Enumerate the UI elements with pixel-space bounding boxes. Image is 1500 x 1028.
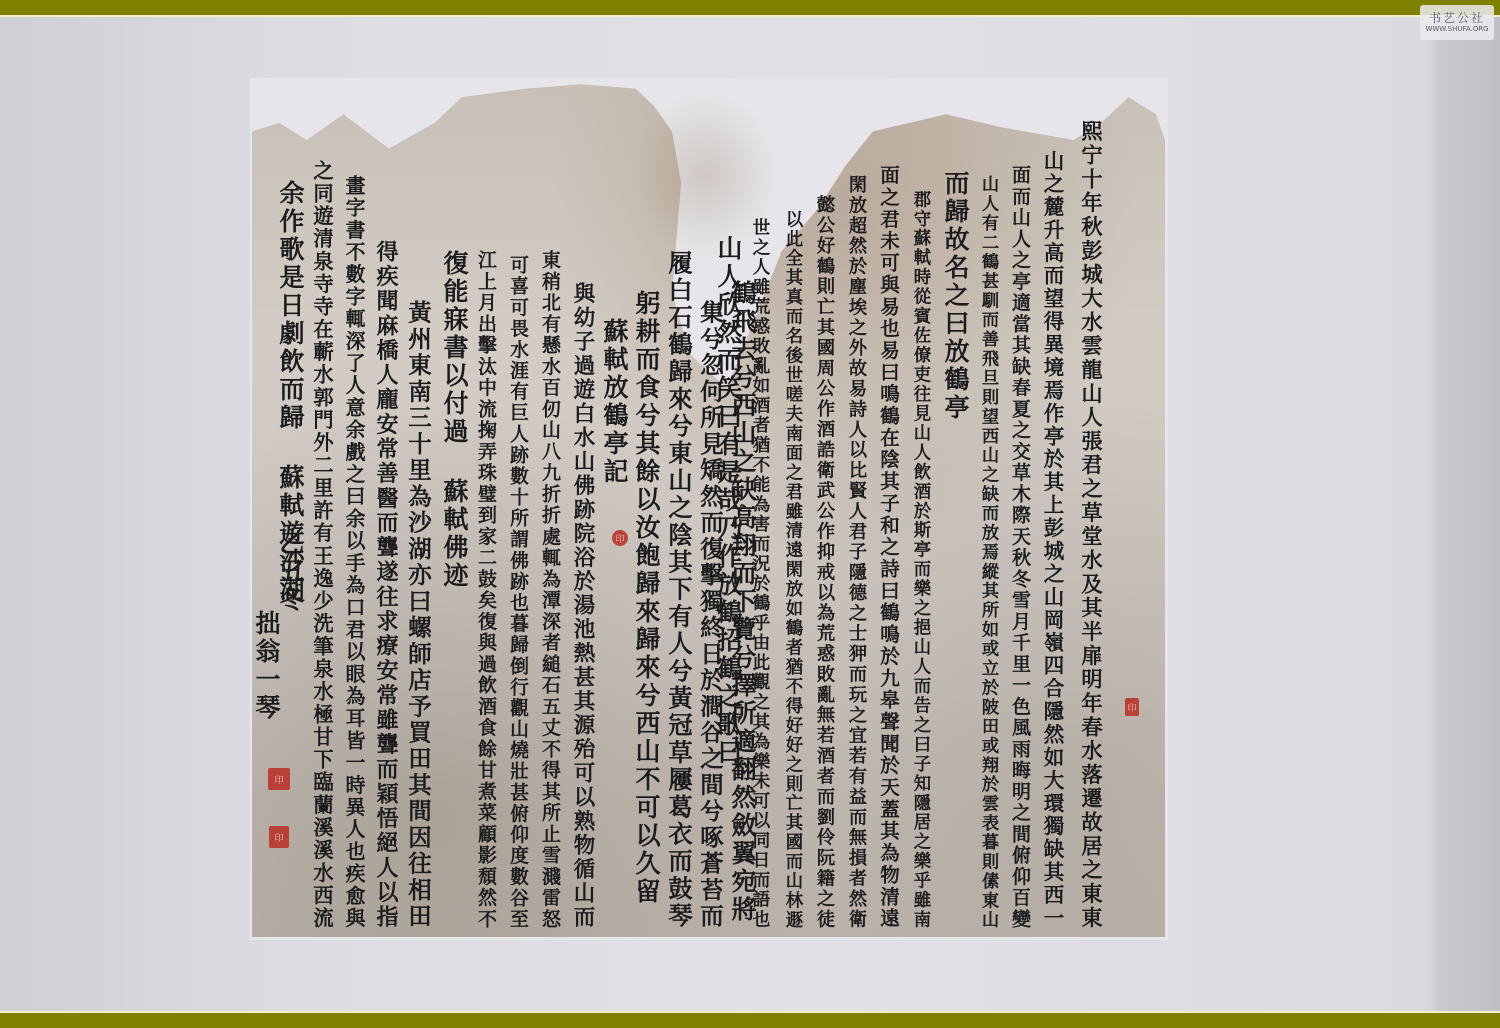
- text-column: 乙丑冬: [275, 530, 305, 614]
- site-watermark: 书艺公社 WWW.SHUFA.ORG: [1420, 5, 1494, 40]
- text-column: 復能寐書以付過 蘇軾佛迹: [439, 250, 469, 590]
- text-column: 郡守蘇軾時從賓佐僚吏往見山人飲酒於斯亭而樂之挹山人而告之曰子知隱居之樂乎雖南: [905, 190, 935, 930]
- text-column: 鶴飛去兮西山之缺高翔而下覽兮擇所適翻然斂翼宛將: [727, 280, 757, 924]
- text-column: 集兮忽何所見矯然而復擊獨終日於澗谷之間兮啄蒼苔而: [695, 300, 725, 930]
- text-column: 拙翁一琴: [251, 610, 281, 722]
- text-column: 之同遊清泉寺寺在蘄水郭門外二里許有王逸少洗筆泉水極甘下臨蘭溪溪水西流: [307, 160, 337, 930]
- red-seal-stamp: 印: [612, 530, 628, 546]
- red-seal-stamp: 印: [269, 826, 289, 848]
- text-column: 閑放超然於塵埃之外故易詩人以比賢人君子隱德之士狎而玩之宜若有益而無損者然衛: [841, 175, 871, 930]
- text-column: 黃州東南三十里為沙湖亦曰螺師店予買田其間因往相田: [403, 300, 433, 930]
- text-column: 山之麓升高而望得異境焉作亭於其上彭城之山岡嶺四合隱然如大環獨缺其西一: [1037, 150, 1067, 930]
- text-column: 面而山人之亭適當其缺春夏之交草木際天秋冬雪月千里一色風雨晦明之間俯仰百變: [1005, 165, 1035, 930]
- text-column: 可喜可畏水涯有巨人跡數十所謂佛跡也暮歸倒行觀山燒壯甚俯仰度數谷至: [503, 255, 533, 930]
- text-column: 江上月出擊汰中流掬弄珠璧到家二鼓矣復與過飲酒食餘甘煮菜顧影頹然不: [471, 250, 501, 930]
- text-column: 躬耕而食兮其餘以汝飽歸來歸來兮西山不可以久留: [631, 290, 661, 906]
- text-column: 蘇軾放鶴亭記: [599, 318, 629, 486]
- text-column: 與幼子過遊白水山佛跡院浴於湯池熱甚其源殆可以熟物循山而: [567, 282, 597, 930]
- text-column: 畫字書不數字輒深了人意余戲之曰余以手為口君以眼為耳皆一時異人也疾愈與: [339, 175, 369, 930]
- text-column: 山人有二鶴甚馴而善飛旦則望西山之缺而放焉縱其所如或立於陂田或翔於雲表暮則傃東山: [973, 175, 1003, 930]
- mount-right-edge: [1438, 17, 1500, 1011]
- red-seal-stamp: 印: [268, 768, 290, 790]
- text-column: 以此全其真而名後世嗟夫南面之君雖清遠閑放如鶴者猶不得好好之則亡其國而山林遯: [777, 210, 807, 930]
- text-column: 得疾聞麻橋人龐安常善醫而聾遂往求療安常雖聾而穎悟絕人以指: [371, 240, 401, 930]
- bottom-frame-bar: [0, 1011, 1500, 1028]
- watermark-url: WWW.SHUFA.ORG: [1425, 25, 1488, 34]
- text-column: 東稍北有懸水百仞山八九折折處輒為潭深者縋石五丈不得其所止雪濺雷怒: [535, 250, 565, 930]
- text-column: 熙宁十年秋彭城大水雲龍山人張君之草堂水及其半扉明年春水落遷故居之東東: [1075, 120, 1105, 930]
- text-column: 履白石鶴歸來兮東山之陰其下有人兮黃冠草屨葛衣而鼓琴: [663, 250, 693, 930]
- text-column: 面之君未可與易也易曰鳴鶴在陰其子和之詩曰鶴鳴於九皋聲聞於天蓋其為物清遠: [873, 165, 903, 930]
- text-column: 懿公好鶴則亡其國周公作酒誥衛武公作抑戒以為荒惑敗亂無若酒者而劉伶阮籍之徒: [809, 195, 839, 930]
- red-seal-stamp: 印: [1125, 698, 1139, 716]
- text-column: 而歸故名之曰放鶴亭: [940, 170, 970, 422]
- watermark-title: 书艺公社: [1429, 11, 1485, 25]
- top-frame-bar: [0, 0, 1500, 17]
